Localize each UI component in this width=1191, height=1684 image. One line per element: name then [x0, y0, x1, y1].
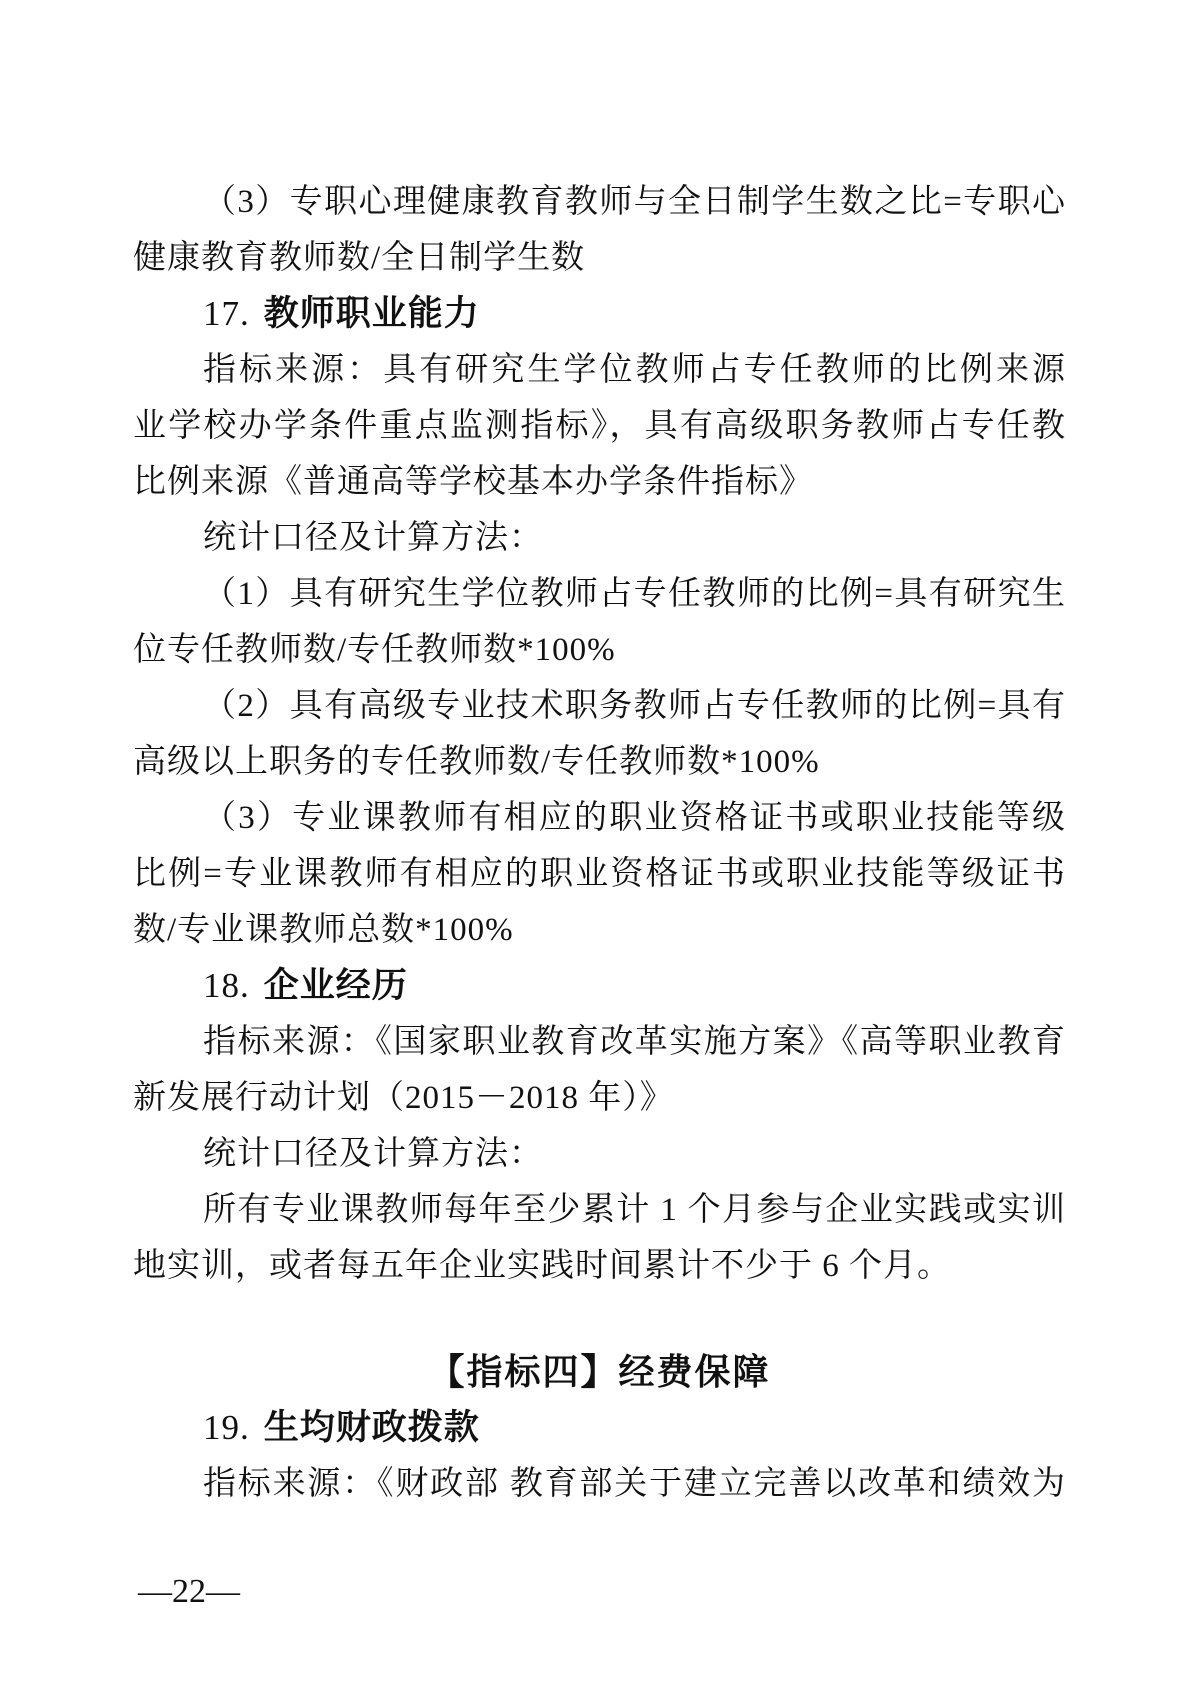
- item18-source-line2: 新发展行动计划（2015－2018 年）》: [133, 1070, 1066, 1126]
- item17-source-line2: 业学校办学条件重点监测指标》，具有高级职务教师占专任教师的: [133, 398, 1066, 454]
- item18-method-line1: 所有专业课教师每年至少累计 1 个月参与企业实践或实训基: [133, 1182, 1066, 1238]
- page-number: —22—: [138, 1564, 240, 1620]
- item18-method-line2: 地实训，或者每五年企业实践时间累计不少于 6 个月。: [133, 1238, 1066, 1294]
- item18-source-line1: 指标来源：《国家职业教育改革实施方案》《高等职业教育创: [133, 1014, 1066, 1070]
- document-page: （3）专职心理健康教育教师与全日制学生数之比=专职心理 健康教育教师数/全日制学…: [0, 0, 1191, 1684]
- item17-formula3-line2: 比例=专业课教师有相应的职业资格证书或职业技能等级证书人: [133, 846, 1066, 902]
- heading-item17: 17.教师职业能力: [133, 286, 1066, 342]
- item17-source-line1: 指标来源：具有研究生学位教师占专任教师的比例来源《职: [133, 342, 1066, 398]
- heading-item17-title: 教师职业能力: [264, 294, 480, 333]
- document-body: （3）专职心理健康教育教师与全日制学生数之比=专职心理 健康教育教师数/全日制学…: [133, 174, 1066, 1512]
- heading-item19-number: 19.: [203, 1408, 250, 1447]
- item17-formula1-line2: 位专任教师数/专任教师数*100%: [133, 622, 1066, 678]
- heading-item18-title: 企业经历: [264, 966, 408, 1005]
- item17-source-line3: 比例来源《普通高等学校基本办学条件指标》: [133, 454, 1066, 510]
- heading-item19: 19.生均财政拨款: [133, 1400, 1066, 1456]
- item17-formula1-line1: （1）具有研究生学位教师占专任教师的比例=具有研究生学: [133, 566, 1066, 622]
- item17-formula3-line1: （3）专业课教师有相应的职业资格证书或职业技能等级证书: [133, 790, 1066, 846]
- item17-formula3-line3: 数/专业课教师总数*100%: [133, 902, 1066, 958]
- heading-item19-title: 生均财政拨款: [264, 1408, 480, 1447]
- heading-item18: 18.企业经历: [133, 958, 1066, 1014]
- item18-method-label: 统计口径及计算方法：: [133, 1126, 1066, 1182]
- item19-source-line1: 指标来源：《财政部 教育部关于建立完善以改革和绩效为: [133, 1456, 1066, 1512]
- item17-formula2-line1: （2）具有高级专业技术职务教师占专任教师的比例=具有副: [133, 678, 1066, 734]
- item16-formula3-line2: 健康教育教师数/全日制学生数: [133, 230, 1066, 286]
- item17-formula2-line2: 高级以上职务的专任教师数/专任教师数*100%: [133, 734, 1066, 790]
- heading-item17-number: 17.: [203, 294, 250, 333]
- heading-section4: 【指标四】经费保障: [133, 1344, 1066, 1400]
- heading-item18-number: 18.: [203, 966, 250, 1005]
- item17-method-label: 统计口径及计算方法：: [133, 510, 1066, 566]
- item16-formula3-line1: （3）专职心理健康教育教师与全日制学生数之比=专职心理: [133, 174, 1066, 230]
